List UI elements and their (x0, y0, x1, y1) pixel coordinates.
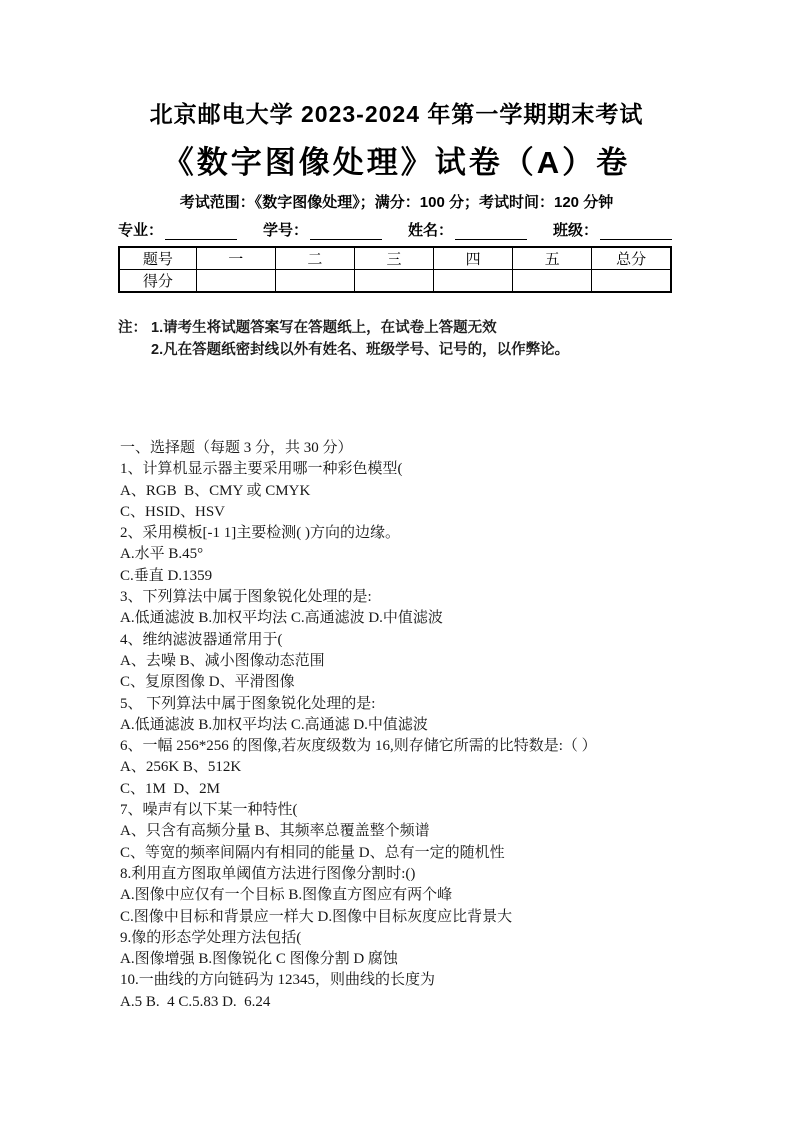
options-line: C.垂直 D.1359 (120, 566, 720, 587)
exam-info-line: 考试范围：《数字图像处理》；满分：100 分；考试时间：120 分钟 (0, 191, 793, 212)
exam-paper-page: 北京邮电大学 2023-2024 年第一学期期末考试 《数字图像处理》试卷（A）… (0, 0, 793, 1122)
major-label: 专业： (118, 219, 163, 240)
options-line: A、去噪 B、减小图像动态范围 (120, 651, 720, 672)
score-table-header-cell: 总分 (592, 247, 671, 270)
notes-prefix: 注： (118, 317, 147, 361)
options-line: C、复原图像 D、平滑图像 (120, 672, 720, 693)
exam-session-title: 北京邮电大学 2023-2024 年第一学期期末考试 (0, 96, 793, 129)
options-line: A.水平 B.45° (120, 544, 720, 565)
options-line: A、256K B、512K (120, 757, 720, 778)
score-cell (592, 270, 671, 293)
student-id-field: 学号： (263, 219, 382, 240)
exam-notes: 注： 1.请考生将试题答案写在答题纸上，在试卷上答题无效 2.凡在答题纸密封线以… (118, 317, 793, 361)
score-table-header-cell: 三 (355, 247, 434, 270)
major-field: 专业： (118, 219, 237, 240)
question-line: 9.像的形态学处理方法包括( (120, 928, 720, 949)
note-item: 1.请考生将试题答案写在答题纸上，在试卷上答题无效 (151, 317, 569, 339)
section-heading: 一、选择题（每题 3 分，共 30 分） (120, 438, 720, 459)
options-line: C.图像中目标和背景应一样大 D.图像中目标灰度应比背景大 (120, 907, 720, 928)
options-line: A、只含有高频分量 B、其频率总覆盖整个频谱 (120, 821, 720, 842)
score-table-header-cell: 二 (275, 247, 354, 270)
questions-section: 一、选择题（每题 3 分，共 30 分） 1、计算机显示器主要采用哪一种彩色模型… (120, 438, 720, 1013)
options-line: A、RGB B、CMY 或 CMYK (120, 481, 720, 502)
class-blank-line (600, 222, 672, 240)
name-label: 姓名： (408, 219, 453, 240)
score-cell (196, 270, 275, 293)
score-table-header-cell: 一 (196, 247, 275, 270)
student-id-label: 学号： (263, 219, 308, 240)
options-line: A.5 B. 4 C.5.83 D. 6.24 (120, 992, 720, 1013)
options-line: A.图像增强 B.图像锐化 C 图像分割 D 腐蚀 (120, 949, 720, 970)
notes-list: 1.请考生将试题答案写在答题纸上，在试卷上答题无效 2.凡在答题纸密封线以外有姓… (151, 317, 569, 361)
options-line: C、HSID、HSV (120, 502, 720, 523)
score-cell (513, 270, 592, 293)
question-line: 8.利用直方图取单阈值方法进行图像分割时:() (120, 864, 720, 885)
score-cell (275, 270, 354, 293)
note-item: 2.凡在答题纸密封线以外有姓名、班级学号、记号的，以作弊论。 (151, 339, 569, 361)
score-table-header-cell: 五 (513, 247, 592, 270)
score-table: 题号 一 二 三 四 五 总分 得分 (118, 246, 672, 293)
options-line: A.低通滤波 B.加权平均法 C.高通滤 D.中值滤波 (120, 715, 720, 736)
name-field: 姓名： (408, 219, 527, 240)
question-line: 1、计算机显示器主要采用哪一种彩色模型( (120, 459, 720, 480)
score-row-label: 得分 (119, 270, 196, 293)
score-table-header-cell: 四 (434, 247, 513, 270)
exam-header: 北京邮电大学 2023-2024 年第一学期期末考试 《数字图像处理》试卷（A）… (0, 0, 793, 240)
score-cell (355, 270, 434, 293)
question-line: 6、一幅 256*256 的图像,若灰度级数为 16,则存储它所需的比特数是:（… (120, 736, 720, 757)
score-table-header-cell: 题号 (119, 247, 196, 270)
question-line: 4、维纳滤波器通常用于( (120, 630, 720, 651)
question-line: 2、采用模板[-1 1]主要检测( )方向的边缘。 (120, 523, 720, 544)
options-line: C、1M D、2M (120, 779, 720, 800)
question-line: 10.一曲线的方向链码为 12345，则曲线的长度为 (120, 970, 720, 991)
question-line: 5、 下列算法中属于图象锐化处理的是: (120, 694, 720, 715)
exam-paper-title: 《数字图像处理》试卷（A）卷 (0, 137, 793, 182)
score-table-score-row: 得分 (119, 270, 671, 293)
class-field: 班级： (553, 219, 672, 240)
class-label: 班级： (553, 219, 598, 240)
student-id-blank-line (310, 222, 382, 240)
name-blank-line (455, 222, 527, 240)
options-line: C、等宽的频率间隔内有相同的能量 D、总有一定的随机性 (120, 843, 720, 864)
question-line: 3、下列算法中属于图象锐化处理的是: (120, 587, 720, 608)
options-line: A.低通滤波 B.加权平均法 C.高通滤波 D.中值滤波 (120, 608, 720, 629)
major-blank-line (165, 222, 237, 240)
question-line: 7、噪声有以下某一种特性( (120, 800, 720, 821)
score-cell (434, 270, 513, 293)
score-table-header-row: 题号 一 二 三 四 五 总分 (119, 247, 671, 270)
student-info-row: 专业： 学号： 姓名： 班级： (118, 219, 672, 240)
options-line: A.图像中应仅有一个目标 B.图像直方图应有两个峰 (120, 885, 720, 906)
